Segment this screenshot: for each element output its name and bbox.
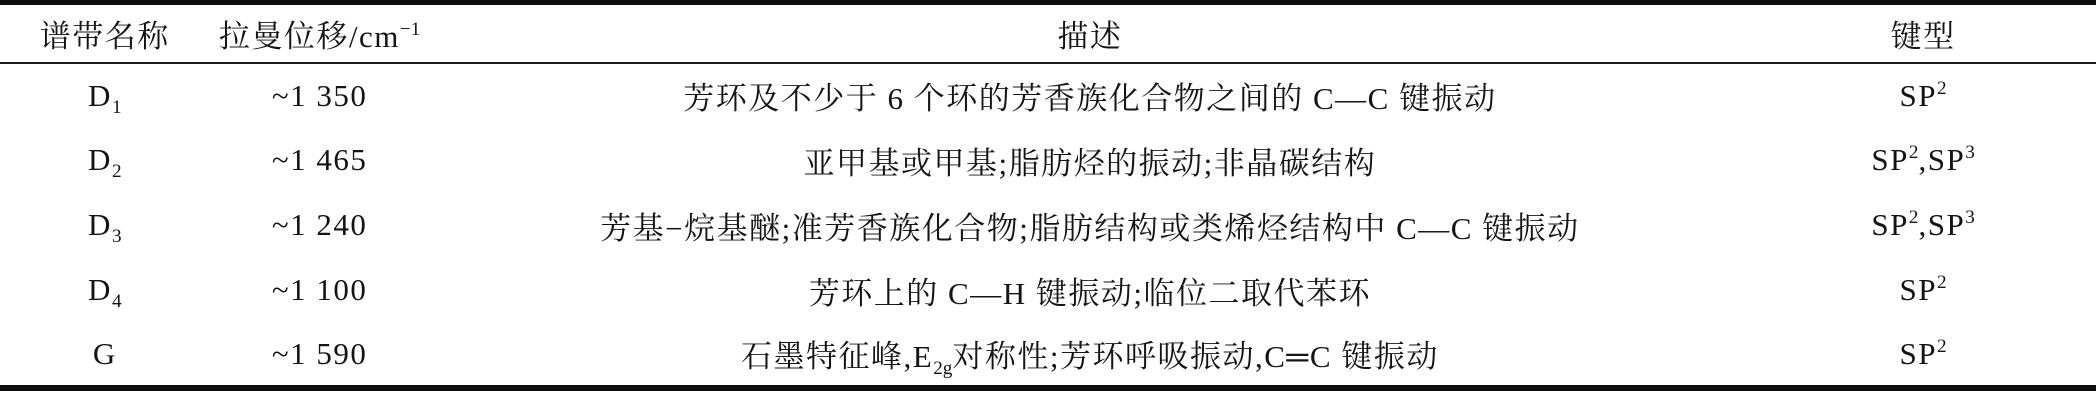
cell-bond-type: SP2: [1750, 258, 2096, 323]
header-cell-description: 描述: [430, 3, 1750, 63]
cell-band-name: D2: [0, 128, 210, 193]
cell-raman-shift: ~1 100: [210, 258, 430, 323]
table-row: G ~1 590 石墨特征峰,E2g对称性;芳环呼吸振动,C═C 键振动 SP2: [0, 323, 2096, 388]
cell-raman-shift: ~1 590: [210, 323, 430, 388]
table-row: D2 ~1 465 亚甲基或甲基;脂肪烃的振动;非晶碳结构 SP2,SP3: [0, 128, 2096, 193]
cell-band-name: D4: [0, 258, 210, 323]
table-body: D1 ~1 350 芳环及不少于 6 个环的芳香族化合物之间的 C—C 键振动 …: [0, 63, 2096, 388]
cell-bond-type: SP2,SP3: [1750, 128, 2096, 193]
cell-description: 亚甲基或甲基;脂肪烃的振动;非晶碳结构: [430, 128, 1750, 193]
table-header-row-group: 谱带名称 拉曼位移/cm−1 描述 键型: [0, 3, 2096, 63]
header-row: 谱带名称 拉曼位移/cm−1 描述 键型: [0, 3, 2096, 63]
header-cell-bond-type: 键型: [1750, 3, 2096, 63]
table-row: D3 ~1 240 芳基−烷基醚;准芳香族化合物;脂肪结构或类烯烃结构中 C—C…: [0, 193, 2096, 258]
table-row: D4 ~1 100 芳环上的 C—H 键振动;临位二取代苯环 SP2: [0, 258, 2096, 323]
header-cell-band-name: 谱带名称: [0, 3, 210, 63]
cell-bond-type: SP2,SP3: [1750, 193, 2096, 258]
cell-raman-shift: ~1 350: [210, 63, 430, 128]
cell-description: 石墨特征峰,E2g对称性;芳环呼吸振动,C═C 键振动: [430, 323, 1750, 388]
paper-table-page: 谱带名称 拉曼位移/cm−1 描述 键型 D1 ~1 350 芳环及不少于 6 …: [0, 0, 2096, 401]
cell-description: 芳基−烷基醚;准芳香族化合物;脂肪结构或类烯烃结构中 C—C 键振动: [430, 193, 1750, 258]
table-row: D1 ~1 350 芳环及不少于 6 个环的芳香族化合物之间的 C—C 键振动 …: [0, 63, 2096, 128]
cell-band-name: D3: [0, 193, 210, 258]
cell-bond-type: SP2: [1750, 63, 2096, 128]
cell-raman-shift: ~1 240: [210, 193, 430, 258]
cell-band-name: D1: [0, 63, 210, 128]
header-cell-raman-shift: 拉曼位移/cm−1: [210, 3, 430, 63]
cell-description: 芳环及不少于 6 个环的芳香族化合物之间的 C—C 键振动: [430, 63, 1750, 128]
cell-band-name: G: [0, 323, 210, 388]
cell-description: 芳环上的 C—H 键振动;临位二取代苯环: [430, 258, 1750, 323]
raman-bands-table: 谱带名称 拉曼位移/cm−1 描述 键型 D1 ~1 350 芳环及不少于 6 …: [0, 0, 2096, 391]
cell-raman-shift: ~1 465: [210, 128, 430, 193]
cell-bond-type: SP2: [1750, 323, 2096, 388]
